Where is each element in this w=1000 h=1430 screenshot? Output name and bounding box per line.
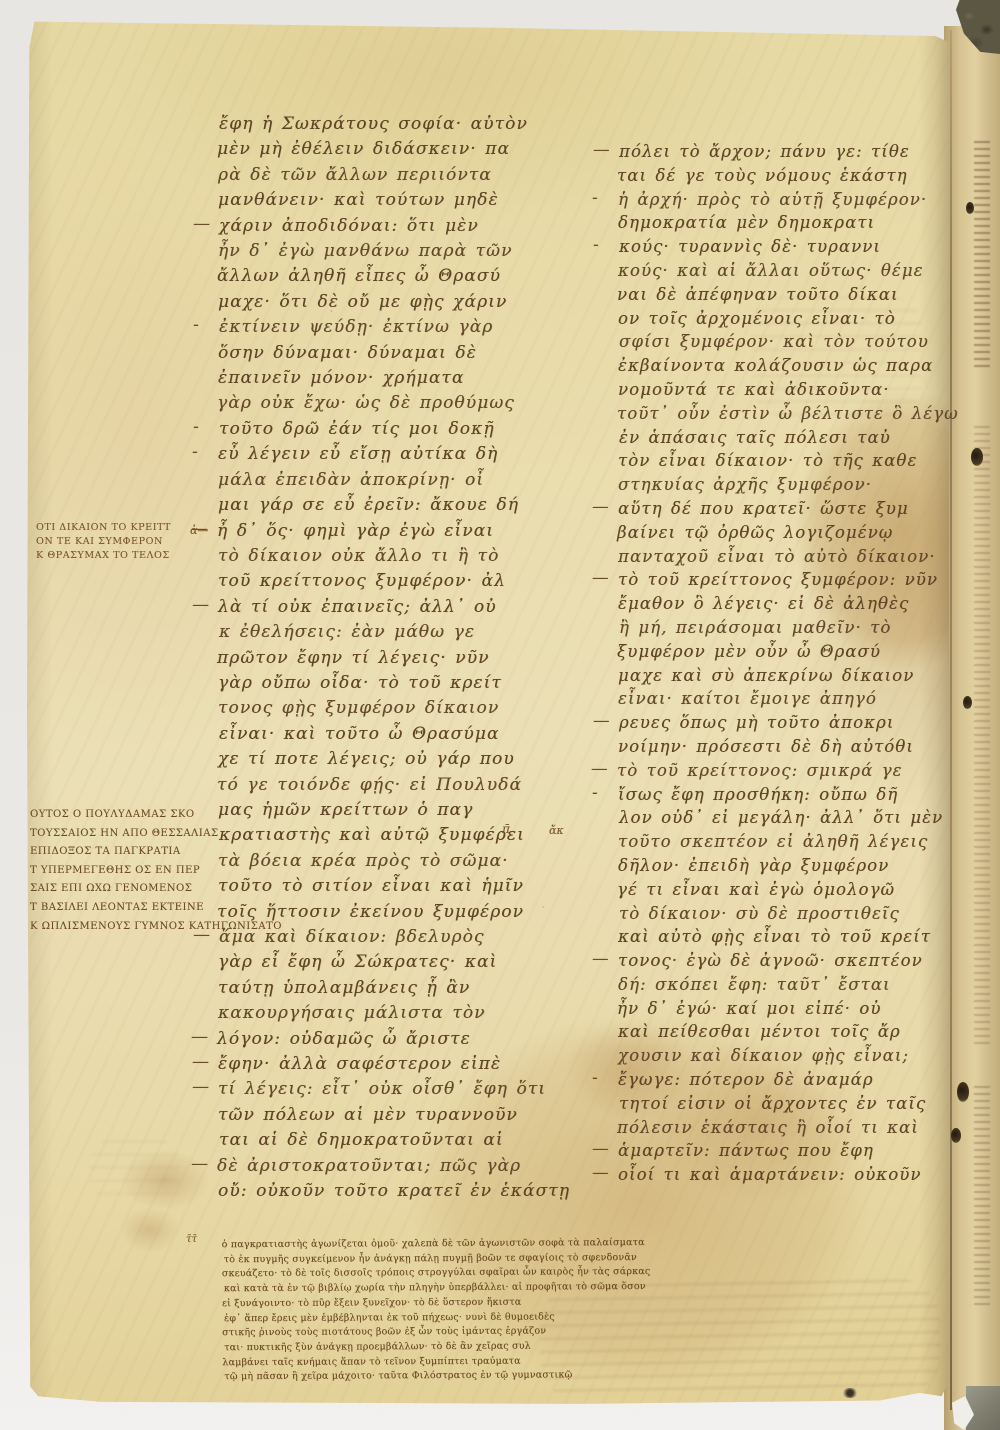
line-text: δή: σκόπει ἔφη: ταῦτ᾽ ἔσται	[618, 975, 891, 994]
footer-scholion-line: ἐφ᾽ ἅπερ ἔρεις μὲν ἐμβέβληνται ἐκ τοῦ πή…	[224, 1309, 676, 1326]
adjacent-folio-text-showthrough	[974, 426, 990, 1046]
paragraphos-dash: -	[192, 440, 198, 465]
paragraphos-dash: —	[192, 1050, 209, 1075]
line-text: δημοκρατία μὲν δημοκρατι	[618, 213, 875, 232]
line-text: πόλεσιν ἑκάσταις ἢ οἷοί τι καὶ	[617, 1118, 919, 1137]
manuscript-line: δῆλον· ἐπειδὴ γὰρ ξυμφέρον	[618, 854, 950, 878]
line-text: στηκυίας ἀρχῆς ξυμφέρον·	[618, 475, 872, 494]
adjacent-folio-edge	[944, 26, 1000, 1430]
reference-siglum-ak: ἄκ	[549, 824, 564, 837]
line-text: τὸ δίκαιον οὐκ ἄλλο τι ἢ τὸ	[218, 546, 499, 566]
manuscript-line: -ἔγωγε: πότερον δὲ ἀναμάρ	[618, 1068, 950, 1092]
manuscript-line: εἶναι· καὶ τοῦτο ὦ Θρασύμα	[219, 722, 591, 747]
manuscript-line: —αὕτη δέ που κρατεῖ· ὥστε ξυμ	[618, 497, 950, 521]
manuscript-line: τὸ δίκαιον οὐκ ἄλλο τι ἢ τὸ	[218, 544, 590, 569]
line-text: κ ἐθελήσεις: ἐὰν μάθω γε	[219, 622, 475, 642]
line-text: οἷοί τι καὶ ἁμαρτάνειν: οὐκοῦν	[618, 1165, 922, 1184]
line-text: ἐκτίνειν ψεύδῃ· ἐκτίνω γὰρ	[219, 317, 493, 337]
manuscript-line: πρῶτον ἔφην τί λέγεις· νῦν	[217, 646, 589, 671]
line-text: τὸ δίκαιον· σὺ δὲ προστιθεῖς	[619, 904, 900, 923]
line-text: ἐπαινεῖν μόνον· χρήματα	[218, 368, 465, 388]
line-text: νοίμην· πρόσεστι δὲ δὴ αὐτόθι	[618, 737, 914, 756]
manuscript-line: —χάριν ἀποδιδόναι: ὅτι μὲν	[219, 214, 591, 239]
line-text: ἔφη ἡ Σωκράτους σοφία· αὐτὸν	[219, 114, 528, 134]
manuscript-line: τοῦτο τὸ σιτίον εἶναι καὶ ἡμῖν	[218, 874, 590, 899]
line-text: ξυμφέρον μὲν οὖν ὦ Θρασύ	[617, 642, 881, 661]
manuscript-line: κακουργήσαις μάλιστα τὸν	[218, 1001, 590, 1026]
line-text: ται αἱ δὲ δημοκρατοῦνται αἱ	[219, 1130, 504, 1150]
manuscript-line: κούς· καὶ αἱ ἄλλαι οὕτως· θέμε	[618, 259, 950, 283]
line-text: σφίσι ξυμφέρον· καὶ τὸν τούτου	[619, 332, 929, 351]
manuscript-line: ἦν δ᾽ ἐγώ· καί μοι εἰπέ· οὐ	[617, 997, 949, 1021]
line-text: γέ τι εἶναι καὶ ἐγὼ ὁμολογῶ	[617, 880, 895, 899]
paragraphos-dash: -	[592, 1066, 598, 1090]
manuscript-line: -κούς· τυραννὶς δὲ· τυραννι	[619, 235, 951, 259]
line-text: τῶν πόλεων αἱ μὲν τυραννοῦν	[218, 1105, 518, 1125]
footer-scholion-line: ται· πυκτικῆς ξὺν ἀνάγκῃ προεμβάλλων· τὸ…	[224, 1339, 676, 1356]
manuscript-line: ται δέ γε τοὺς νόμους ἑκάστη	[617, 164, 949, 188]
line-text: τοῦ κρείττονος ξυμφέρον· ἀλ	[218, 571, 506, 591]
line-text: τὸ τοῦ κρείττονος ξυμφέρον: νῦν	[618, 570, 938, 589]
manuscript-line: γὰρ εἶ ἔφη ὦ Σώκρατες· καὶ	[218, 950, 590, 975]
footer-scholion-line: καὶ κατὰ τὰ ἐν τῷ βιβλίῳ χωρία τὴν πληγὴ…	[224, 1280, 676, 1297]
manuscript-line: -ἴσως ἔφη προσθήκη: οὔπω δῆ	[618, 783, 950, 807]
margin-note-line: ΤΟΥΣΣΑΙΟΣ ΗΝ ΑΠΟ ΘΕΣΣΑΛΙΑΣ	[30, 825, 210, 844]
margin-note-line: Τ ΒΑΣΙΛΕΙ ΛΕΟΝΤΑΣ ΕΚΤΕΙΝΕ	[30, 899, 210, 918]
line-text: ἢ μή, πειράσομαι μαθεῖν· τὸ	[619, 618, 891, 637]
line-text: ρὰ δὲ τῶν ἄλλων περιιόντα	[218, 165, 492, 185]
line-text: τοῦτ᾽ οὖν ἐστὶν ὦ βέλτιστε ὃ λέγω	[617, 404, 959, 423]
manuscript-line: —λὰ τί οὐκ ἐπαινεῖς; ἀλλ᾽ οὐ	[218, 595, 590, 620]
manuscript-line: —τὸ τοῦ κρείττονος: σμικρά γε	[617, 759, 949, 783]
line-text: τοῦτο σκεπτέον εἰ ἀληθῆ λέγεις	[618, 832, 928, 851]
manuscript-line: δημοκρατία μὲν δημοκρατι	[618, 211, 950, 235]
line-text: καὶ αὐτὸ φῂς εἶναι τὸ τοῦ κρείτ	[618, 927, 931, 946]
manuscript-line: —ἦ δ᾽ ὅς· φημὶ γὰρ ἐγὼ εἶναι	[217, 519, 589, 544]
manuscript-line: μανθάνειν· καὶ τούτων μηδὲ	[218, 188, 590, 213]
line-text: ἐν ἁπάσαις ταῖς πόλεσι ταὐ	[619, 428, 891, 447]
manuscript-line: νοίμην· πρόσεστι δὲ δὴ αὐτόθι	[618, 735, 950, 759]
paragraphos-dash: —	[192, 593, 209, 618]
line-text: ἔμαθον ὃ λέγεις· εἰ δὲ ἀληθὲς	[618, 594, 909, 613]
line-text: τοῖς ἥττοσιν ἐκείνου ξυμφέρον	[217, 902, 524, 922]
manuscript-line: εἶναι· καίτοι ἔμοιγε ἀπηγό	[618, 687, 950, 711]
manuscript-line: νομοῦντά τε καὶ ἀδικοῦντα·	[618, 378, 950, 402]
paragraphos-dash: —	[191, 1025, 208, 1050]
sewing-hole	[966, 202, 974, 214]
line-text: γὰρ οὐκ ἔχω· ὡς δὲ προθύμως	[217, 393, 515, 413]
line-text: κούς· τυραννὶς δὲ· τυραννι	[619, 237, 881, 256]
paragraphos-dash: —	[592, 566, 609, 590]
line-text: τό γε τοιόνδε φῄς· εἰ Πουλυδά	[217, 775, 522, 795]
line-text: πόλει τὸ ἄρχον; πάνυ γε: τίθε	[619, 142, 910, 161]
manuscript-line: —οἷοί τι καὶ ἁμαρτάνειν: οὐκοῦν	[618, 1163, 950, 1187]
paragraphos-dash: -	[593, 233, 599, 257]
manuscript-line: τὸ δίκαιον· σὺ δὲ προστιθεῖς	[619, 902, 951, 926]
line-text: μανθάνειν· καὶ τούτων μηδὲ	[218, 190, 499, 210]
line-text: αὕτη δέ που κρατεῖ· ὥστε ξυμ	[618, 499, 909, 518]
manuscript-line: κ ἐθελήσεις: ἐὰν μάθω γε	[219, 620, 591, 645]
line-text: λόγον: οὐδαμῶς ὦ ἄριστε	[217, 1029, 471, 1049]
line-text: κρατιαστὴς καὶ αὐτῷ ξυμφέρει	[219, 825, 525, 845]
paragraphos-dash: -	[193, 415, 199, 440]
line-text: τὸν εἶναι δίκαιον· τὸ τῆς καθε	[618, 451, 917, 470]
paragraphos-dash: -	[592, 781, 598, 805]
manuscript-line: —ἁμαρτεῖν: πάντως που ἔφη	[618, 1139, 950, 1163]
footer-scholion-line: τῷ μὴ πᾶσαν ἢ χεῖρα μάχοιτο· ταῦτα Φιλόσ…	[224, 1368, 676, 1385]
margin-note-line: ΟΤΙ ΔΙΚΑΙΟΝ ΤΟ ΚΡΕΙΤΤ	[36, 521, 216, 535]
margin-note-line: ΟΝ ΤΕ ΚΑΙ ΣΥΜΦΕΡΟΝ	[36, 535, 216, 549]
line-text: τὰ βόεια κρέα πρὸς τὸ σῶμα·	[218, 851, 509, 871]
line-text: μας ἡμῶν κρείττων ὁ παγ	[218, 800, 473, 820]
manuscript-line: πανταχοῦ εἶναι τὸ αὐτὸ δίκαιον·	[618, 545, 950, 569]
adjacent-folio-text-showthrough	[974, 141, 990, 371]
manuscript-line: -ἐκτίνειν ψεύδῃ· ἐκτίνω γὰρ	[219, 315, 591, 340]
manuscript-line: τὸν εἶναι δίκαιον· τὸ τῆς καθε	[618, 449, 950, 473]
footer-scholion: ὁ παγκρατιαστὴς ἀγωνίζεται ὁμοῦ· χαλεπὰ …	[222, 1236, 675, 1385]
line-text: ον τοῖς ἀρχομένοις εἶναι· τὸ	[618, 309, 896, 328]
line-text: μαι γάρ σε εὖ ἐρεῖν: ἄκουε δή	[218, 495, 519, 515]
paragraphos-dash: —	[591, 757, 608, 781]
line-text: τονος φῂς ξυμφέρον δίκαιον	[218, 698, 499, 718]
sewing-hole	[957, 1082, 969, 1102]
sewing-hole	[971, 448, 983, 466]
manuscript-line: —τὸ τοῦ κρείττονος ξυμφέρον: νῦν	[618, 568, 950, 592]
line-text: ὅσην δύναμαι· δύναμαι δὲ	[218, 343, 477, 363]
line-text: οὔ: οὐκοῦν τοῦτο κρατεῖ ἐν ἑκάστῃ	[218, 1181, 570, 1201]
manuscript-line: ἐκβαίνοντα κολάζουσιν ὡς παρα	[618, 354, 950, 378]
manuscript-line: —ἔφην· ἀλλὰ σαφέστερον εἰπὲ	[218, 1052, 590, 1077]
line-text: χε τί ποτε λέγεις; οὐ γάρ που	[218, 749, 515, 769]
line-text: καὶ πείθεσθαι μέντοι τοῖς ἄρ	[618, 1022, 901, 1041]
manuscript-line: καὶ αὐτὸ φῂς εἶναι τὸ τοῦ κρείτ	[618, 925, 950, 949]
margin-note-line: ΣΑΙΣ ΕΠΙ ΩΧΩ ΓΕΝΟΜΕΝΟΣ	[30, 880, 210, 899]
manuscript-line: δή: σκόπει ἔφη: ταῦτ᾽ ἔσται	[618, 973, 950, 997]
manuscript-line: γέ τι εἶναι καὶ ἐγὼ ὁμολογῶ	[617, 878, 949, 902]
manuscript-line: ἄλλων ἀληθῆ εἶπες ὦ Θρασύ	[217, 264, 589, 289]
manuscript-line: —τονος· ἐγὼ δὲ ἀγνοῶ· σκεπτέον	[618, 949, 950, 973]
line-text: τὸ τοῦ κρείττονος: σμικρά γε	[617, 761, 903, 780]
manuscript-line: ὅσην δύναμαι· δύναμαι δὲ	[218, 341, 590, 366]
line-text: κακουργήσαις μάλιστα τὸν	[218, 1003, 486, 1023]
sewing-hole	[951, 1128, 961, 1143]
line-text: ται δέ γε τοὺς νόμους ἑκάστη	[617, 166, 908, 185]
line-text: τοῦτο δρῶ ἐάν τίς μοι δοκῇ	[219, 419, 495, 439]
manuscript-line: σφίσι ξυμφέρον· καὶ τὸν τούτου	[619, 330, 951, 354]
manuscript-line: —δὲ ἀριστοκρατοῦνται; πῶς γὰρ	[217, 1154, 589, 1179]
line-text: χουσιν καὶ δίκαιον φῂς εἶναι;	[618, 1046, 909, 1065]
manuscript-line: ἔμαθον ὃ λέγεις· εἰ δὲ ἀληθὲς	[618, 592, 950, 616]
manuscript-line: λον οὐδ᾽ εἰ μεγάλη· ἀλλ᾽ ὅτι μὲν	[619, 806, 951, 830]
binding-corner	[966, 1386, 1000, 1430]
manuscript-line: γὰρ οὔπω οἶδα· τὸ τοῦ κρείτ	[218, 671, 590, 696]
margin-note-justice: ΟΤΙ ΔΙΚΑΙΟΝ ΤΟ ΚΡΕΙΤΤΟΝ ΤΕ ΚΑΙ ΣΥΜΦΕΡΟΝΚ…	[36, 521, 216, 562]
manuscript-line: τῶν πόλεων αἱ μὲν τυραννοῦν	[218, 1103, 590, 1128]
manuscript-line: ταύτῃ ὑπολαμβάνεις ᾗ ἂν	[218, 976, 590, 1001]
paragraphos-dash: —	[592, 1137, 609, 1161]
manuscript-line: χε τί ποτε λέγεις; οὐ γάρ που	[218, 747, 590, 772]
paragraphos-dash: —	[191, 1152, 208, 1177]
paragraphos-dash: —	[193, 212, 210, 237]
line-text: εἶναι· καίτοι ἔμοιγε ἀπηγό	[618, 689, 877, 708]
manuscript-line: ρὰ δὲ τῶν ἄλλων περιιόντα	[218, 163, 590, 188]
manuscript-line: —ρευες ὅπως μὴ τοῦτο ἀποκρι	[619, 711, 951, 735]
paragraphos-dash: —	[592, 495, 609, 519]
manuscript-line: ἐπαινεῖν μόνον· χρήματα	[218, 366, 590, 391]
line-text: ρευες ὅπως μὴ τοῦτο ἀποκρι	[619, 713, 894, 732]
manuscript-line: μαι γάρ σε εὖ ἐρεῖν: ἄκουε δή	[218, 493, 590, 518]
manuscript-line: οὔ: οὐκοῦν τοῦτο κρατεῖ ἐν ἑκάστῃ	[218, 1179, 590, 1204]
margin-note-line: Κ ΘΡΑΣΥΜΑΧ ΤΟ ΤΕΛΟΣ	[36, 549, 216, 563]
footer-scholion-line: τὸ ἐκ πυγμῆς συγκείμενον ἦν ἀνάγκῃ πάλῃ …	[224, 1251, 676, 1268]
line-text: πρῶτον ἔφην τί λέγεις· νῦν	[217, 648, 490, 668]
line-text: νομοῦντά τε καὶ ἀδικοῦντα·	[618, 380, 890, 399]
manuscript-line: ναι δὲ ἀπέφηναν τοῦτο δίκαι	[617, 283, 949, 307]
line-text: δῆλον· ἐπειδὴ γὰρ ξυμφέρον	[618, 856, 889, 875]
margin-note-line: Κ ΩΠΛΙΣΜΕΝΟΥΣ ΓΥΜΝΟΣ ΚΑΤΗΓΩΝΙΣΑΤΟ	[30, 918, 210, 937]
sewing-hole	[963, 696, 972, 709]
line-text: μάλα ἐπειδὰν ἀποκρίνῃ· οἶ	[218, 470, 484, 490]
text-column-left: ἔφη ἡ Σωκράτους σοφία· αὐτὸνμὲν μὴ ἐθέλε…	[218, 112, 590, 1204]
line-text: πανταχοῦ εἶναι τὸ αὐτὸ δίκαιον·	[618, 547, 936, 566]
manuscript-line: τονος φῂς ξυμφέρον δίκαιον	[218, 696, 590, 721]
paragraphos-dash: —	[592, 1161, 609, 1185]
manuscript-line: μαχε· ὅτι δὲ οὔ με φῂς χάριν	[218, 290, 590, 315]
margin-note-line: Τ ΥΠΕΡΜΕΓΕΘΗΣ ΟΣ ΕΝ ΠΕΡ	[30, 862, 210, 881]
margin-note-poulydamas: ΟΥΤΟΣ Ο ΠΟΥΛΥΔΑΜΑΣ ΣΚΟΤΟΥΣΣΑΙΟΣ ΗΝ ΑΠΟ Θ…	[30, 806, 210, 936]
manuscript-line: μάλα ἐπειδὰν ἀποκρίνῃ· οἶ	[218, 468, 590, 493]
line-text: εἶναι· καὶ τοῦτο ὦ Θρασύμα	[219, 724, 500, 744]
line-text: ἦν δ᾽ ἐγώ· καί μοι εἰπέ· οὐ	[617, 999, 881, 1018]
paragraphos-dash: —	[593, 138, 610, 162]
page-left-shade	[27, 20, 53, 1406]
manuscript-line: τό γε τοιόνδε φῄς· εἰ Πουλυδά	[217, 773, 589, 798]
manuscript-line: τοῦτ᾽ οὖν ἐστὶν ὦ βέλτιστε ὃ λέγω	[617, 402, 949, 426]
manuscript-line: -εὖ λέγειν εὖ εἴσῃ αὐτίκα δὴ	[218, 442, 590, 467]
reference-siglum-pi: π̄	[502, 822, 510, 836]
manuscript-line: ἐν ἁπάσαις ταῖς πόλεσι ταὐ	[619, 426, 951, 450]
line-text: γὰρ οὔπω οἶδα· τὸ τοῦ κρείτ	[218, 673, 502, 693]
line-text: ἦν δ᾽ ἐγὼ μανθάνω παρὰ τῶν	[218, 241, 513, 261]
line-text: ἦ δ᾽ ὅς· φημὶ γὰρ ἐγὼ εἶναι	[217, 521, 494, 541]
line-text: ἐκβαίνοντα κολάζουσιν ὡς παρα	[618, 356, 933, 375]
manuscript-line: γὰρ οὐκ ἔχω· ὡς δὲ προθύμως	[217, 391, 589, 416]
paragraphos-dash: —	[192, 1075, 209, 1100]
manuscript-line: καὶ πείθεσθαι μέντοι τοῖς ἄρ	[618, 1020, 950, 1044]
manuscript-line: τοῦ κρείττονος ξυμφέρον· ἀλ	[218, 569, 590, 594]
line-text: τί λέγεις: εἶτ᾽ οὐκ οἶσθ᾽ ἔφη ὅτι	[218, 1079, 546, 1099]
text-column-right: —πόλει τὸ ἄρχον; πάνυ γε: τίθεται δέ γε …	[618, 140, 950, 1187]
ink-blot	[842, 1388, 858, 1398]
line-text: ναι δὲ ἀπέφηναν τοῦτο δίκαι	[617, 285, 899, 304]
paragraphos-dash: -	[193, 313, 199, 338]
manuscript-line: -ἡ ἀρχή· πρὸς τὸ αὑτῇ ξυμφέρον·	[618, 188, 950, 212]
manuscript-line: ξυμφέρον μὲν οὖν ὦ Θρασύ	[617, 640, 949, 664]
line-text: μαχε· ὅτι δὲ οὔ με φῂς χάριν	[218, 292, 507, 312]
manuscript-line: ἢ μή, πειράσομαι μαθεῖν· τὸ	[619, 616, 951, 640]
manuscript-line: -τοῦτο δρῶ ἐάν τίς μοι δοκῇ	[219, 417, 591, 442]
line-text: τοῦτο τὸ σιτίον εἶναι καὶ ἡμῖν	[218, 876, 524, 896]
line-text: ταύτῃ ὑπολαμβάνεις ᾗ ἂν	[218, 978, 470, 998]
line-text: ἴσως ἔφη προσθήκη: οὔπω δῆ	[618, 785, 898, 804]
manuscript-line: τοῦτο σκεπτέον εἰ ἀληθῆ λέγεις	[618, 830, 950, 854]
line-text: τητοί εἰσιν οἱ ἄρχοντες ἐν ταῖς	[619, 1094, 926, 1113]
manuscript-line: χουσιν καὶ δίκαιον φῂς εἶναι;	[618, 1044, 950, 1068]
manuscript-line: βαίνει τῷ ὀρθῶς λογιζομένῳ	[617, 521, 949, 545]
manuscript-line: μαχε καὶ σὺ ἀπεκρίνω δίκαιον	[618, 664, 950, 688]
line-text: λον οὐδ᾽ εἰ μεγάλη· ἀλλ᾽ ὅτι μὲν	[619, 808, 943, 827]
line-text: ἔφην· ἀλλὰ σαφέστερον εἰπὲ	[218, 1054, 501, 1074]
line-text: λὰ τί οὐκ ἐπαινεῖς; ἀλλ᾽ οὐ	[218, 597, 497, 617]
manuscript-line: —πόλει τὸ ἄρχον; πάνυ γε: τίθε	[619, 140, 951, 164]
line-text: ἁμαρτεῖν: πάντως που ἔφη	[618, 1141, 874, 1160]
manuscript-line: ον τοῖς ἀρχομένοις εἶναι· τὸ	[618, 307, 950, 331]
manuscript-line: ἔφη ἡ Σωκράτους σοφία· αὐτὸν	[219, 112, 591, 137]
manuscript-line: στηκυίας ἀρχῆς ξυμφέρον·	[618, 473, 950, 497]
line-text: χάριν ἀποδιδόναι: ὅτι μὲν	[219, 216, 479, 236]
manuscript-line: —τί λέγεις: εἶτ᾽ οὐκ οἶσθ᾽ ἔφη ὅτι	[218, 1077, 590, 1102]
paragraphos-dash: -	[592, 186, 598, 210]
line-text: μὲν μὴ ἐθέλειν διδάσκειν· πα	[217, 139, 510, 159]
line-text: εὖ λέγειν εὖ εἴσῃ αὐτίκα δὴ	[218, 444, 498, 464]
manuscript-line: ται αἱ δὲ δημοκρατοῦνται αἱ	[219, 1128, 591, 1153]
paragraphos-dash: —	[593, 709, 610, 733]
line-text: βαίνει τῷ ὀρθῶς λογιζομένῳ	[617, 523, 893, 542]
manuscript-line: μας ἡμῶν κρείττων ὁ παγ	[218, 798, 590, 823]
manuscript-line: τητοί εἰσιν οἱ ἄρχοντες ἐν ταῖς	[619, 1092, 951, 1116]
manuscript-line: —λόγον: οὐδαμῶς ὦ ἄριστε	[217, 1027, 589, 1052]
manuscript-line: ἦν δ᾽ ἐγὼ μανθάνω παρὰ τῶν	[218, 239, 590, 264]
line-text: ἄλλων ἀληθῆ εἶπες ὦ Θρασύ	[217, 266, 501, 286]
reference-siglum-footer: τ̄τ̄	[186, 1234, 197, 1245]
margin-note-line: ΕΠΙΔΟΞΟΣ ΤΑ ΠΑΓΚΡΑΤΙΑ	[30, 843, 210, 862]
paragraphos-dash: —	[592, 947, 609, 971]
line-text: κούς· καὶ αἱ ἄλλαι οὕτως· θέμε	[618, 261, 924, 280]
manuscript-line: μὲν μὴ ἐθέλειν διδάσκειν· πα	[217, 137, 589, 162]
line-text: ἡ ἀρχή· πρὸς τὸ αὑτῇ ξυμφέρον·	[618, 190, 927, 209]
margin-note-line: ΟΥΤΟΣ Ο ΠΟΥΛΥΔΑΜΑΣ ΣΚΟ	[30, 806, 210, 825]
line-text: δὲ ἀριστοκρατοῦνται; πῶς γὰρ	[217, 1156, 521, 1176]
manuscript-line: πόλεσιν ἑκάσταις ἢ οἷοί τι καὶ	[617, 1116, 949, 1140]
reference-siglum-alpha: ἀ—	[190, 524, 208, 537]
adjacent-folio-text-showthrough	[974, 1086, 990, 1306]
line-text: τονος· ἐγὼ δὲ ἀγνοῶ· σκεπτέον	[618, 951, 923, 970]
manuscript-line: τὰ βόεια κρέα πρὸς τὸ σῶμα·	[218, 849, 590, 874]
line-text: ἔγωγε: πότερον δὲ ἀναμάρ	[618, 1070, 874, 1089]
manuscript-line: κρατιαστὴς καὶ αὐτῷ ξυμφέρει	[219, 823, 591, 848]
line-text: γὰρ εἶ ἔφη ὦ Σώκρατες· καὶ	[218, 952, 497, 972]
line-text: μαχε καὶ σὺ ἀπεκρίνω δίκαιον	[618, 666, 914, 685]
